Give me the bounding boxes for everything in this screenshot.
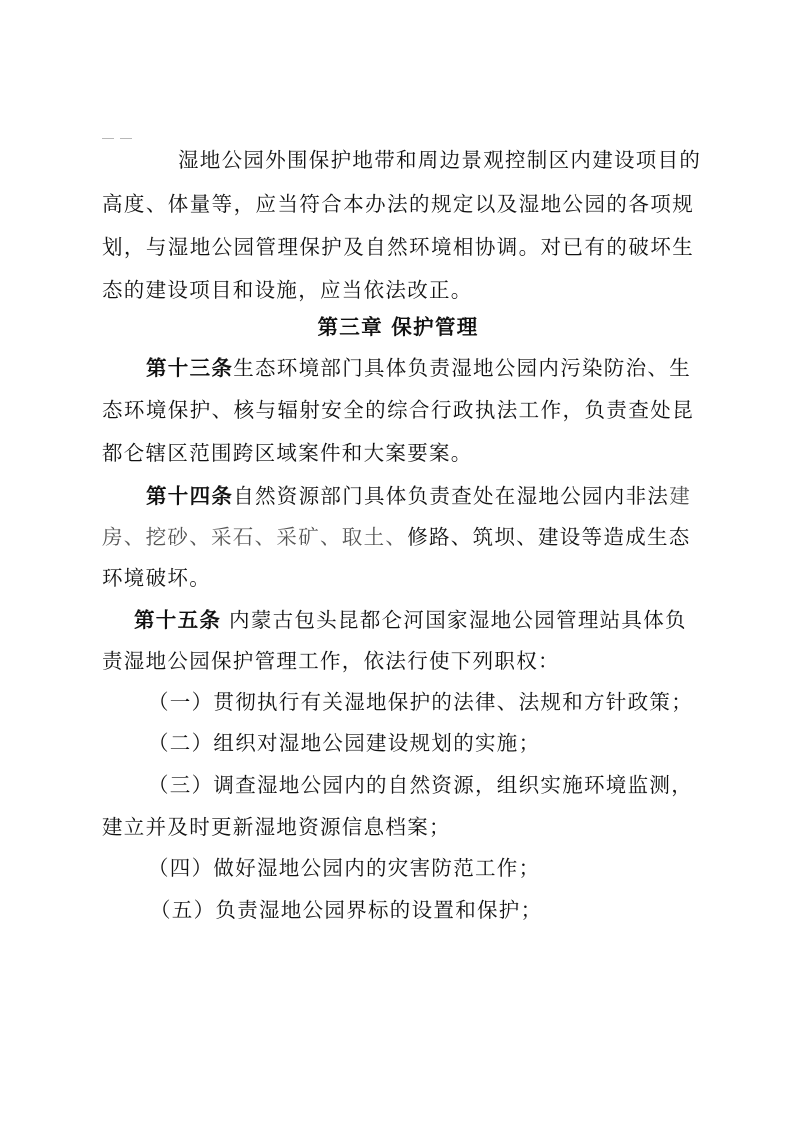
dash-1 — [102, 138, 114, 139]
article-14-text: 自然资源部门具体负责查处在湿地公园内非法 — [233, 484, 669, 508]
list-item-3-continued: 建立并及时更新湿地资源信息档案； — [102, 814, 694, 840]
article-14-line-3: 环境破坏。 — [102, 565, 694, 591]
paragraph-line: 态的建设项目和设施，应当依法改正。 — [102, 277, 694, 303]
list-item-3: （三）调查湿地公园内的自然资源，组织实施环境监测， — [148, 772, 694, 798]
article-15-text: 内蒙古包头昆都仑河国家湿地公园管理站具体负 — [221, 608, 687, 632]
dash-2 — [120, 138, 132, 139]
article-14-label: 第十四条 — [146, 484, 233, 508]
list-item-2: （二）组织对湿地公园建设规划的实施； — [148, 730, 694, 756]
article-14-text-serif: 房、挖砂、采石、采矿、取土、 — [102, 525, 407, 549]
article-14-line-1: 第十四条自然资源部门具体负责查处在湿地公园内非法建 — [146, 483, 694, 509]
list-item-5: （五）负责湿地公园界标的设置和保护； — [150, 897, 694, 923]
article-13-text: 生态环境部门具体负责湿地公园内污染防治、生 — [233, 356, 691, 380]
document-page: 湿地公园外围保护地带和周边景观控制区内建设项目的 高度、体量等，应当符合本办法的… — [0, 0, 793, 1122]
article-15-label: 第十五条 — [134, 608, 221, 632]
paragraph-line: 划，与湿地公园管理保护及自然环境相协调。对已有的破坏生 — [102, 234, 694, 260]
article-13-line-2: 态环境保护、核与辐射安全的综合行政执法工作，负责查处昆 — [102, 397, 694, 423]
article-14-line-2: 房、挖砂、采石、采矿、取土、修路、筑坝、建设等造成生态 — [102, 524, 694, 550]
list-item-1: （一）贯彻执行有关湿地保护的法律、法规和方针政策； — [148, 689, 694, 715]
chapter-title: 第三章 保护管理 — [102, 314, 694, 340]
article-13-line-3: 都仑辖区范围跨区域案件和大案要案。 — [102, 440, 694, 466]
article-14-text-serif: 建 — [669, 484, 691, 508]
article-14-text: 修路、筑坝、建设等造成生态 — [407, 525, 690, 549]
paragraph-line: 高度、体量等，应当符合本办法的规定以及湿地公园的各项规 — [102, 191, 694, 217]
article-15-line-2: 责湿地公园保护管理工作，依法行使下列职权： — [102, 648, 694, 674]
article-13-label: 第十三条 — [146, 356, 233, 380]
header-dash-mark — [102, 138, 138, 140]
list-item-4: （四）做好湿地公园内的灾害防范工作； — [148, 855, 694, 881]
article-15-line-1: 第十五条 内蒙古包头昆都仑河国家湿地公园管理站具体负 — [134, 607, 694, 633]
article-13-line-1: 第十三条生态环境部门具体负责湿地公园内污染防治、生 — [146, 355, 694, 381]
paragraph-line: 湿地公园外围保护地带和周边景观控制区内建设项目的 — [178, 147, 694, 173]
